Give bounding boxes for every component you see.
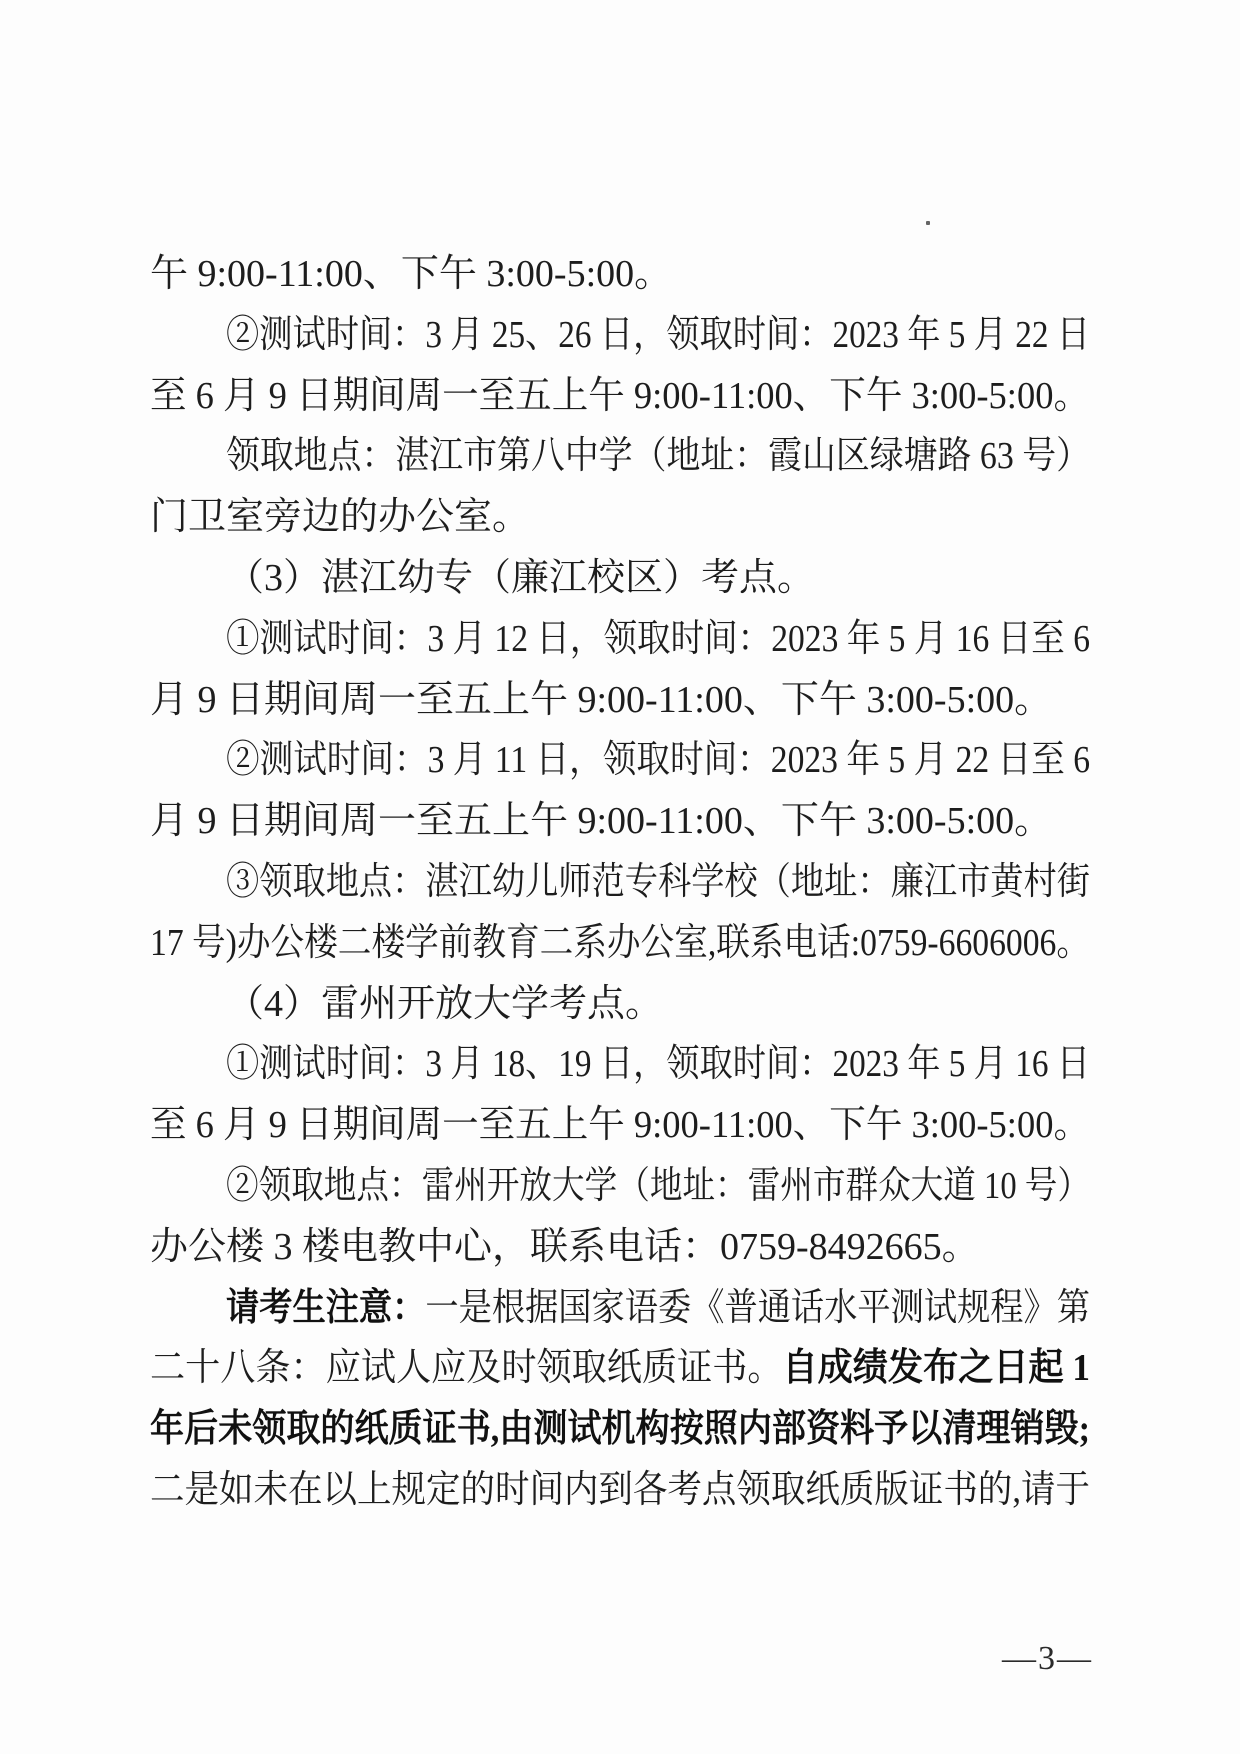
text-line: 至 6 月 9 日期间周一至五上午 9:00-11:00、下午 3:00-5:0… — [150, 366, 1090, 427]
body-text: ①测试时间：3 月 18、19 日，领取时间：2023 年 5 月 16 日 — [226, 1043, 1090, 1085]
text-line: ②领取地点：雷州开放大学（地址：雷州市群众大道 10 号） — [150, 1156, 1090, 1217]
text-line: 月 9 日期间周一至五上午 9:00-11:00、下午 3:00-5:00。 — [150, 791, 1090, 852]
body-text: 领取地点：湛江市第八中学（地址：霞山区绿塘路 63 号） — [226, 435, 1090, 477]
document-body: 午 9:00-11:00、下午 3:00-5:00。②测试时间：3 月 25、2… — [150, 244, 1090, 1521]
text-line: 领取地点：湛江市第八中学（地址：霞山区绿塘路 63 号） — [150, 426, 1090, 487]
body-text: 至 6 月 9 日期间周一至五上午 9:00-11:00、下午 3:00-5:0… — [150, 1104, 1090, 1146]
text-line: ③领取地点：湛江幼儿师范专科学校（地址：廉江市黄村街 — [150, 852, 1090, 913]
body-text: 月 9 日期间周一至五上午 9:00-11:00、下午 3:00-5:00。 — [150, 679, 1052, 721]
body-text: ③领取地点：湛江幼儿师范专科学校（地址：廉江市黄村街 — [226, 861, 1090, 903]
emphasis-text: 年后未领取的纸质证书,由测试机构按照内部资料予以清理销毁; — [150, 1408, 1090, 1450]
body-text: 至 6 月 9 日期间周一至五上午 9:00-11:00、下午 3:00-5:0… — [150, 375, 1090, 417]
text-line: ②测试时间：3 月 11 日，领取时间：2023 年 5 月 22 日至 6 — [150, 730, 1090, 791]
body-text: 午 9:00-11:00、下午 3:00-5:00。 — [150, 253, 672, 295]
body-text: 门卫室旁边的办公室。 — [150, 496, 530, 538]
body-text: ②测试时间：3 月 11 日，领取时间：2023 年 5 月 22 日至 6 — [226, 739, 1090, 781]
body-text: 17 号)办公楼二楼学前教育二系办公室,联系电话:0759-6606006。 — [150, 922, 1090, 964]
text-line: ①测试时间：3 月 18、19 日，领取时间：2023 年 5 月 16 日 — [150, 1034, 1090, 1095]
text-line: 二是如未在以上规定的时间内到各考点领取纸质版证书的,请于 — [150, 1460, 1090, 1521]
body-text: （4）雷州开放大学考点。 — [226, 983, 663, 1025]
body-text: 二是如未在以上规定的时间内到各考点领取纸质版证书的,请于 — [150, 1469, 1090, 1511]
text-line: 二十八条：应试人应及时领取纸质证书。自成绩发布之日起 1 — [150, 1338, 1090, 1399]
text-line: （3）湛江幼专（廉江校区）考点。 — [150, 548, 1090, 609]
text-line: 请考生注意：一是根据国家语委《普通话水平测试规程》第 — [150, 1278, 1090, 1339]
body-text: 一是根据国家语委《普通话水平测试规程》第 — [425, 1287, 1090, 1329]
text-line: 17 号)办公楼二楼学前教育二系办公室,联系电话:0759-6606006。 — [150, 913, 1090, 974]
text-line: 月 9 日期间周一至五上午 9:00-11:00、下午 3:00-5:00。 — [150, 670, 1090, 731]
text-line: ②测试时间：3 月 25、26 日，领取时间：2023 年 5 月 22 日 — [150, 305, 1090, 366]
emphasis-text: 请考生注意： — [226, 1287, 425, 1329]
body-text: ②领取地点：雷州开放大学（地址：雷州市群众大道 10 号） — [226, 1165, 1090, 1207]
emphasis-text: 自成绩发布之日起 1 — [783, 1347, 1090, 1389]
text-line: 至 6 月 9 日期间周一至五上午 9:00-11:00、下午 3:00-5:0… — [150, 1095, 1090, 1156]
text-line: 门卫室旁边的办公室。 — [150, 487, 1090, 548]
body-text: 月 9 日期间周一至五上午 9:00-11:00、下午 3:00-5:00。 — [150, 800, 1052, 842]
text-line: 年后未领取的纸质证书,由测试机构按照内部资料予以清理销毁; — [150, 1399, 1090, 1460]
text-line: 办公楼 3 楼电教中心，联系电话：0759-8492665。 — [150, 1217, 1090, 1278]
scan-speck — [926, 221, 930, 225]
body-text: 办公楼 3 楼电教中心，联系电话：0759-8492665。 — [150, 1226, 980, 1268]
body-text: （3）湛江幼专（廉江校区）考点。 — [226, 557, 815, 599]
text-line: （4）雷州开放大学考点。 — [150, 974, 1090, 1035]
text-line: ①测试时间：3 月 12 日，领取时间：2023 年 5 月 16 日至 6 — [150, 609, 1090, 670]
body-text: 二十八条：应试人应及时领取纸质证书。 — [150, 1347, 783, 1389]
page-number: —3— — [1002, 1640, 1093, 1678]
text-line: 午 9:00-11:00、下午 3:00-5:00。 — [150, 244, 1090, 305]
body-text: ②测试时间：3 月 25、26 日，领取时间：2023 年 5 月 22 日 — [226, 314, 1090, 356]
document-page: 午 9:00-11:00、下午 3:00-5:00。②测试时间：3 月 25、2… — [0, 0, 1240, 1754]
body-text: ①测试时间：3 月 12 日，领取时间：2023 年 5 月 16 日至 6 — [226, 618, 1090, 660]
